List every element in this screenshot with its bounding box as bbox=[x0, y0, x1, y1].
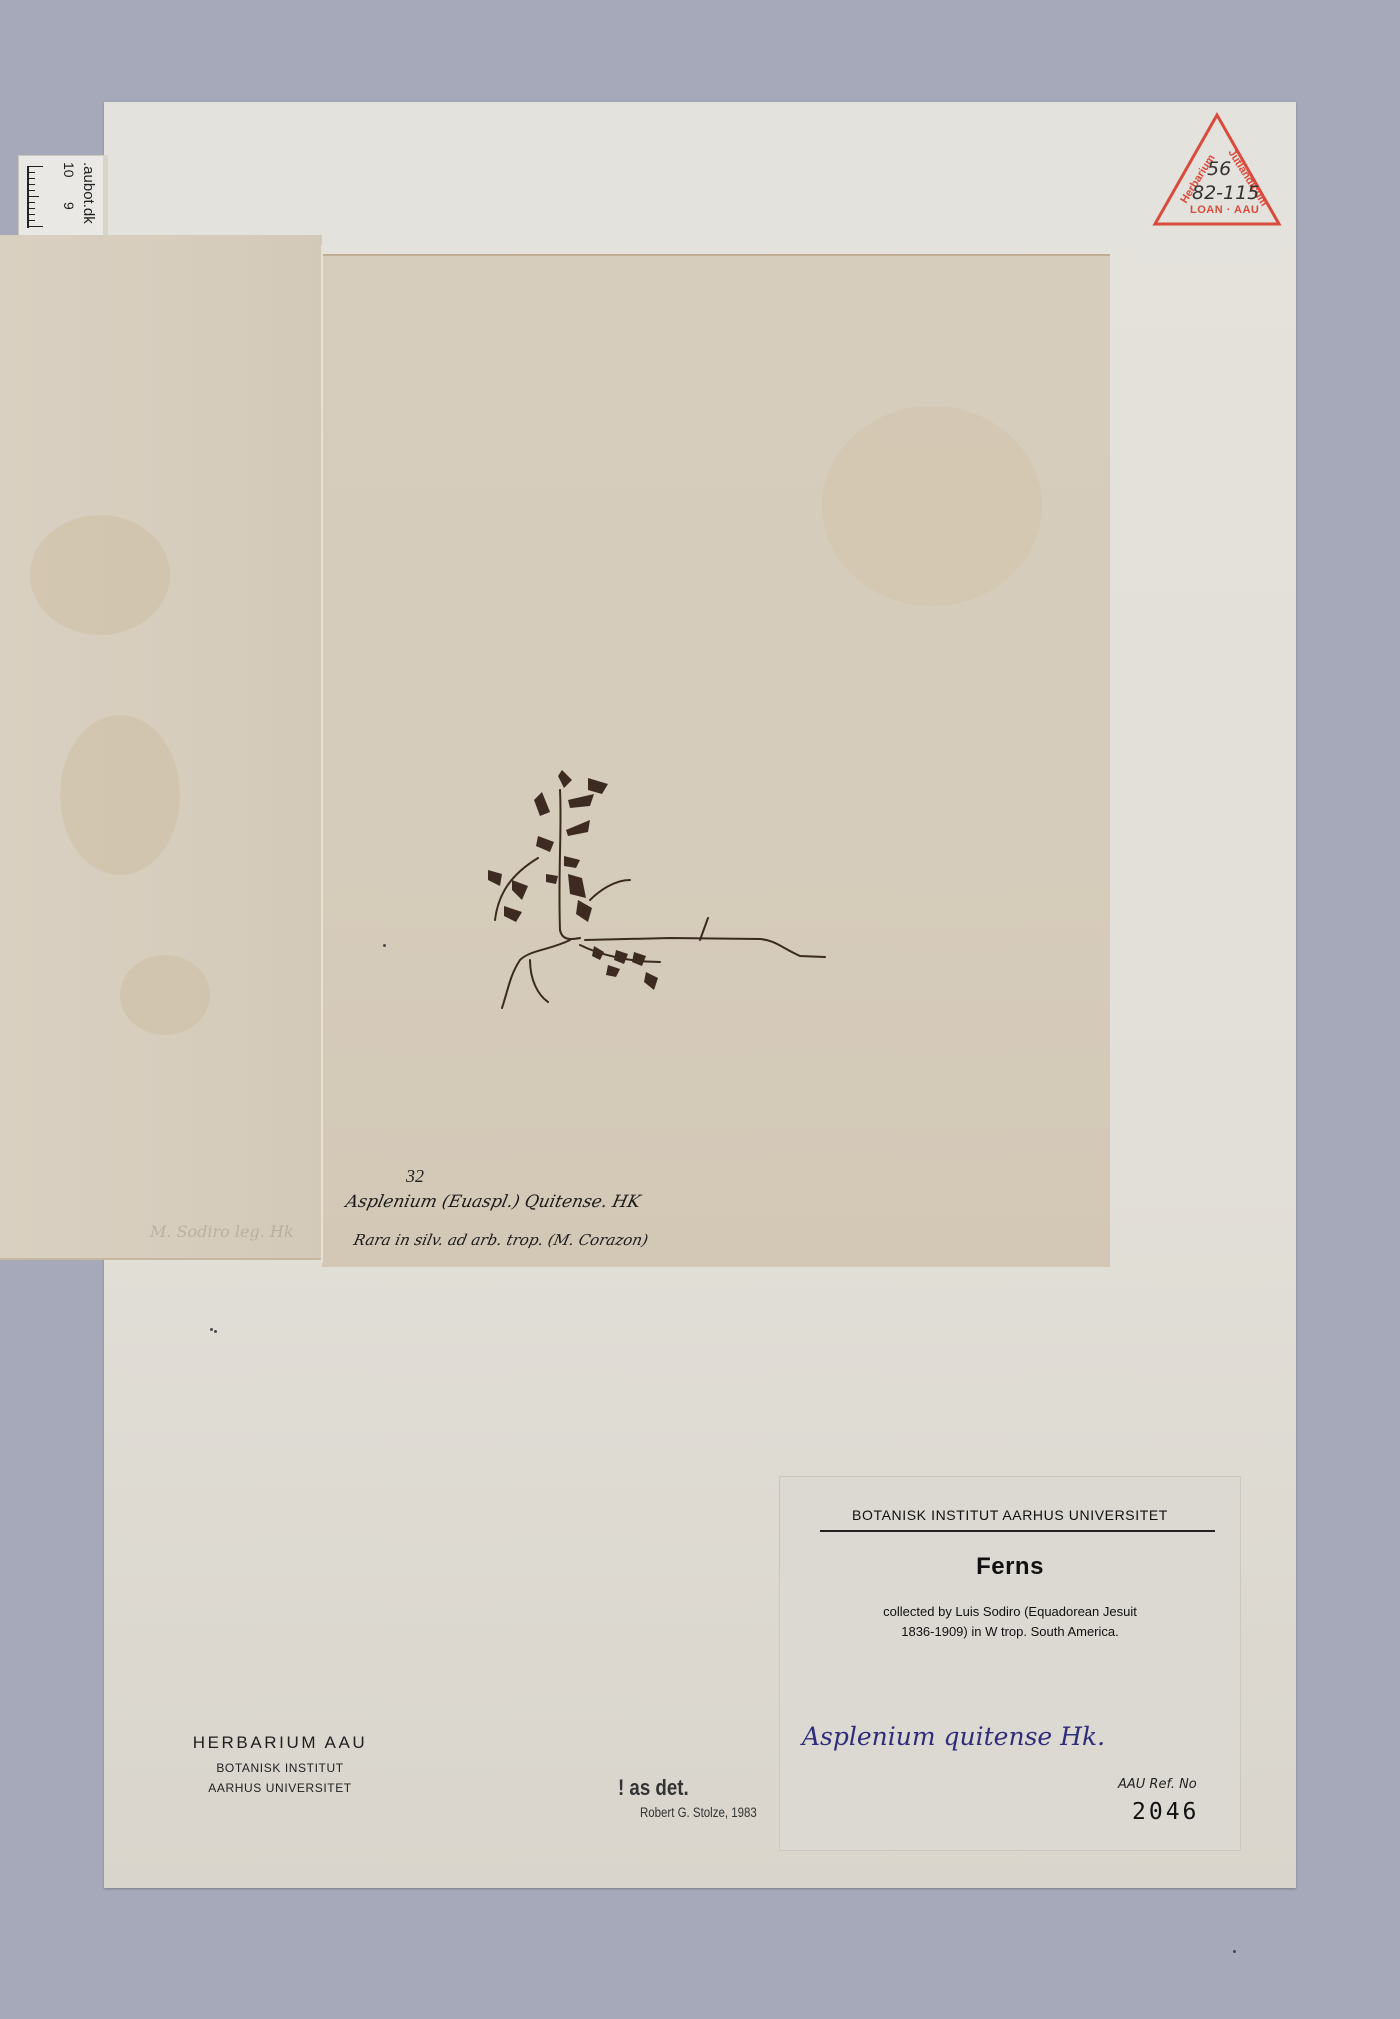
label-ref-label: AAU Ref. No bbox=[1118, 1777, 1197, 1792]
label-title: Ferns bbox=[780, 1553, 1240, 1581]
original-locality: Rara in silv. ad arb. trop. (M. Corazon) bbox=[352, 1231, 650, 1249]
ruler-url: .aubot.dk bbox=[80, 162, 97, 224]
label-institution: BOTANISK INSTITUT AARHUS UNIVERSITET bbox=[780, 1507, 1240, 1523]
speck bbox=[214, 1330, 217, 1333]
faint-bleedthrough-text: M. Sodiro leg. Hk bbox=[150, 1222, 294, 1241]
folder-left-flap bbox=[0, 235, 322, 1260]
label-description-line1: collected by Luis Sodiro (Equadorean Jes… bbox=[820, 1602, 1200, 1622]
original-species-name: Asplenium (Euaspl.) Quitense. HK bbox=[344, 1192, 642, 1212]
ruler-ticks bbox=[27, 166, 43, 228]
speck bbox=[383, 944, 386, 947]
herbarium-line2: AARHUS UNIVERSITET bbox=[160, 1781, 400, 1795]
determination-by: Robert G. Stolze, 1983 bbox=[640, 1805, 757, 1820]
label-species-name: Asplenium quitense Hk. bbox=[802, 1722, 1105, 1751]
stamp-number-top: 56 bbox=[1207, 158, 1231, 180]
original-collection-number: 32 bbox=[406, 1166, 424, 1187]
herbarium-aau-block: HERBARIUM AAU BOTANISK INSTITUT AARHUS U… bbox=[160, 1733, 400, 1795]
specimen-label: BOTANISK INSTITUT AARHUS UNIVERSITET Fer… bbox=[779, 1476, 1241, 1851]
ruler-label-10: 10 bbox=[61, 162, 77, 178]
folder-fold-line bbox=[321, 245, 323, 1263]
determination-stamp: ! as det. Robert G. Stolze, 1983 bbox=[618, 1775, 777, 1820]
speck bbox=[1233, 1950, 1236, 1953]
herbarium-line1: BOTANISK INSTITUT bbox=[160, 1761, 400, 1775]
stamp-loan-text: LOAN · AAU bbox=[1190, 204, 1259, 216]
ruler-label-9: 9 bbox=[61, 202, 77, 210]
label-description: collected by Luis Sodiro (Equadorean Jes… bbox=[820, 1602, 1200, 1642]
fern-specimen-icon bbox=[470, 750, 840, 1020]
label-description-line2: 1836-1909) in W trop. South America. bbox=[820, 1622, 1200, 1642]
ruler-edge bbox=[103, 155, 108, 237]
label-ref-number: 2046 bbox=[1132, 1799, 1199, 1825]
loan-stamp: Herbarium Jutlandicum 56 82-115 LOAN · A… bbox=[1152, 112, 1282, 230]
herbarium-title: HERBARIUM AAU bbox=[160, 1733, 400, 1753]
scale-ruler: 10 9 .aubot.dk bbox=[18, 155, 104, 239]
speck bbox=[210, 1328, 213, 1331]
label-divider bbox=[820, 1530, 1215, 1532]
determination-main: ! as det. bbox=[618, 1775, 753, 1801]
stamp-number-bottom: 82-115 bbox=[1192, 182, 1259, 204]
